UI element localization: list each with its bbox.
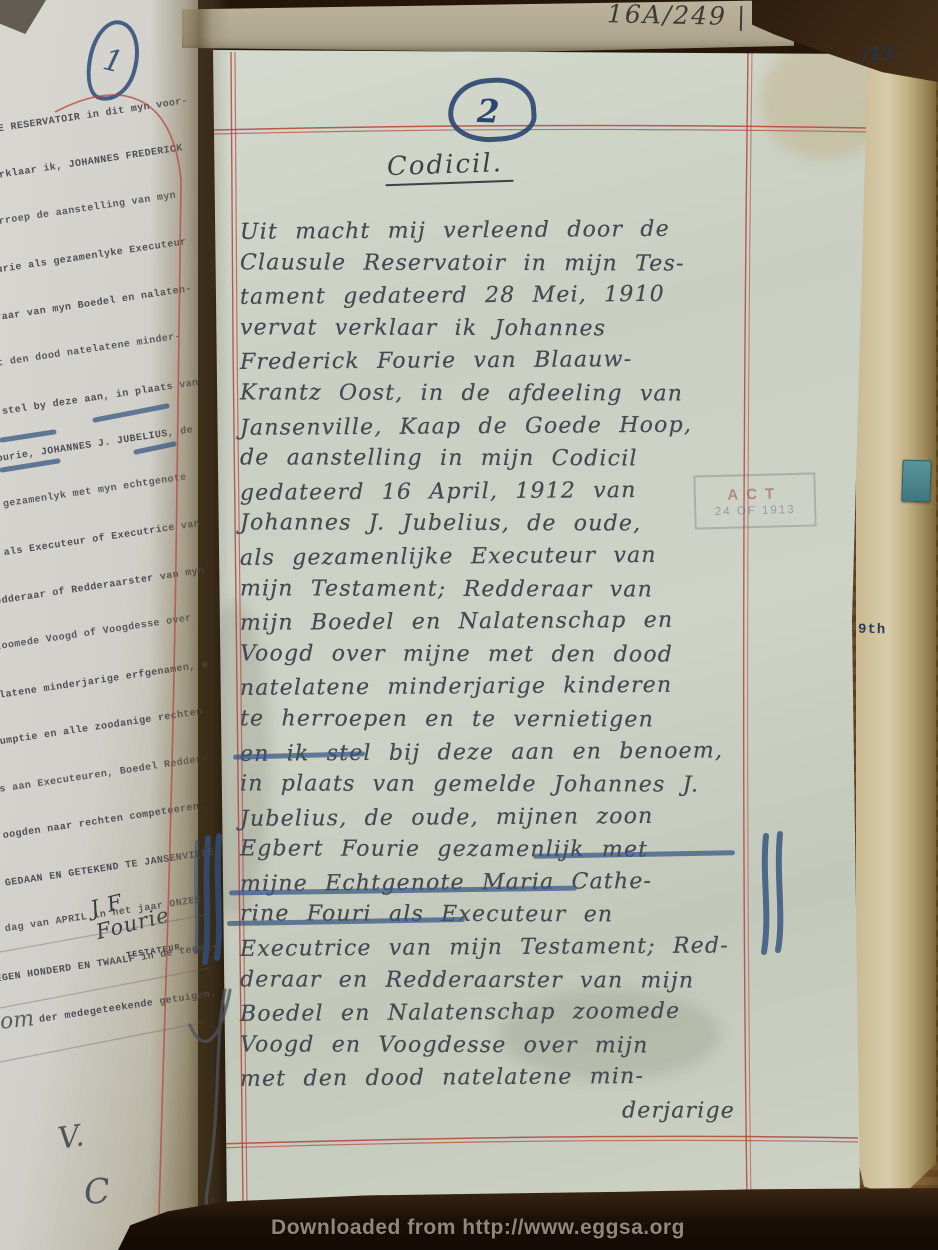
typed-line: recht van assumptie en alle zoodanige re… [0,707,203,760]
pencil-initial-v: V. [56,1118,87,1156]
handwritten-line: mijn Testament; Redderaar van [240,576,760,610]
handwritten-line: mijn Boedel en Nalatenschap en [240,607,760,643]
handwritten-line: Boedel en Nalatenschap zoomede [240,998,760,1034]
handwritten-line: Johannes J. Jubelius, de oude, [240,511,760,545]
left-page: UIT KRACHT DER CLAUSULE RESERVATOIR in d… [0,0,198,1250]
handwritten-line: Jubelius, de oude, mijnen zoon [240,803,760,839]
handwritten-line: als gezamenlijke Executeur van [240,542,760,578]
typed-line: de Gebert Johannes Fourie als gezamenlyk… [0,237,187,296]
pencil-initial-c: C [82,1171,111,1213]
handwritten-line: Executrice van mijn Testament; Red- [240,933,760,969]
typed-line: CATHERINE FOURIE als Executeur of Execut… [0,519,201,575]
handwritten-line: tament gedateerd 28 Mei, 1910 [240,281,760,317]
handwritten-text-block: Uit macht mij verleend door deClausule R… [240,218,760,1131]
handwritten-line: Voogd over mijne met den dood [240,641,760,675]
handwritten-line: Frederick Fourie van Blaauw- [240,347,760,383]
circled-number-one: 1 [79,15,147,107]
codicil-page: ACT 24 OF 1913 2 Codicil. Uit macht mij … [200,40,890,1220]
handwritten-line: vervat verklaar ik Johannes [240,315,760,349]
typed-line: n Testament, Redderaar of Redderaarster … [0,566,205,621]
handwritten-line: natelatene minderjarige kinderen [240,672,760,708]
typed-line: n Voogd over myne met den dood natelaten… [0,331,182,388]
typed-line: van Jansenville, gezamenlyk met myn echt… [0,472,187,526]
codicil-title: Codicil. [385,150,513,184]
typed-line: autoriteit als aan Executeuren, Boedel R… [0,754,209,808]
pencil-fragment: om [0,1006,35,1034]
handwritten-line: Clausule Reservatoir in mijn Tes- [240,250,760,284]
circled-two-label: 2 [476,92,500,131]
watermark-text: Downloaded from http://www.eggsa.org [198,1216,758,1240]
page-edges-strip: 9th [856,44,936,1198]
typed-line: n nalatenschap zoomede Voogd of Voogdess… [0,613,192,667]
handwritten-line: gedateerd 16 April, 1912 van [240,477,760,513]
handwritten-line: Jansenville, Kaap de Goede Hoop, [240,412,760,448]
archival-document-photo: UIT KRACHT DER CLAUSULE RESERVATOIR in d… [0,0,938,1250]
typed-line: oogden naar rechten competeeren. [2,801,206,842]
handwritten-line: Voogd en Voogdesse over mijn [240,1032,760,1066]
typed-line: der medegeteekende getuigen. [38,989,217,1026]
handwritten-line: met den dood natelatene min- [240,1064,760,1100]
circled-one-label: 1 [100,42,127,81]
typed-line: den dood natelatene minderjarige erfgena… [0,660,209,714]
handwritten-line: deraar en Redderaarster van mijn [240,967,760,1001]
page-number: /13 [861,43,894,67]
typed-line: E, dat ik hiermede herroep de aanstellin… [0,191,177,248]
typed-line: kinderen en ik stel by deze aan, in plaa… [0,378,199,432]
teal-bookmark-tab [901,460,931,503]
handwritten-line: te herroepen en te vernietigen [240,706,760,740]
handwritten-line: de aanstelling in mijn Codicil [240,445,760,479]
handwritten-line: Krantz Oost, in de afdeeling van [240,380,760,414]
edge-page-number: 9th [858,622,886,638]
handwritten-line: Uit macht mij verleend door de [240,216,760,252]
file-cover-strip: 16A/249 | 2959/10 [182,0,794,52]
handwritten-line: derjarige [240,1097,760,1131]
codicil-title-text: Codicil. [384,148,513,186]
handwritten-line: in plaats van gemelde Johannes J. [240,771,760,805]
